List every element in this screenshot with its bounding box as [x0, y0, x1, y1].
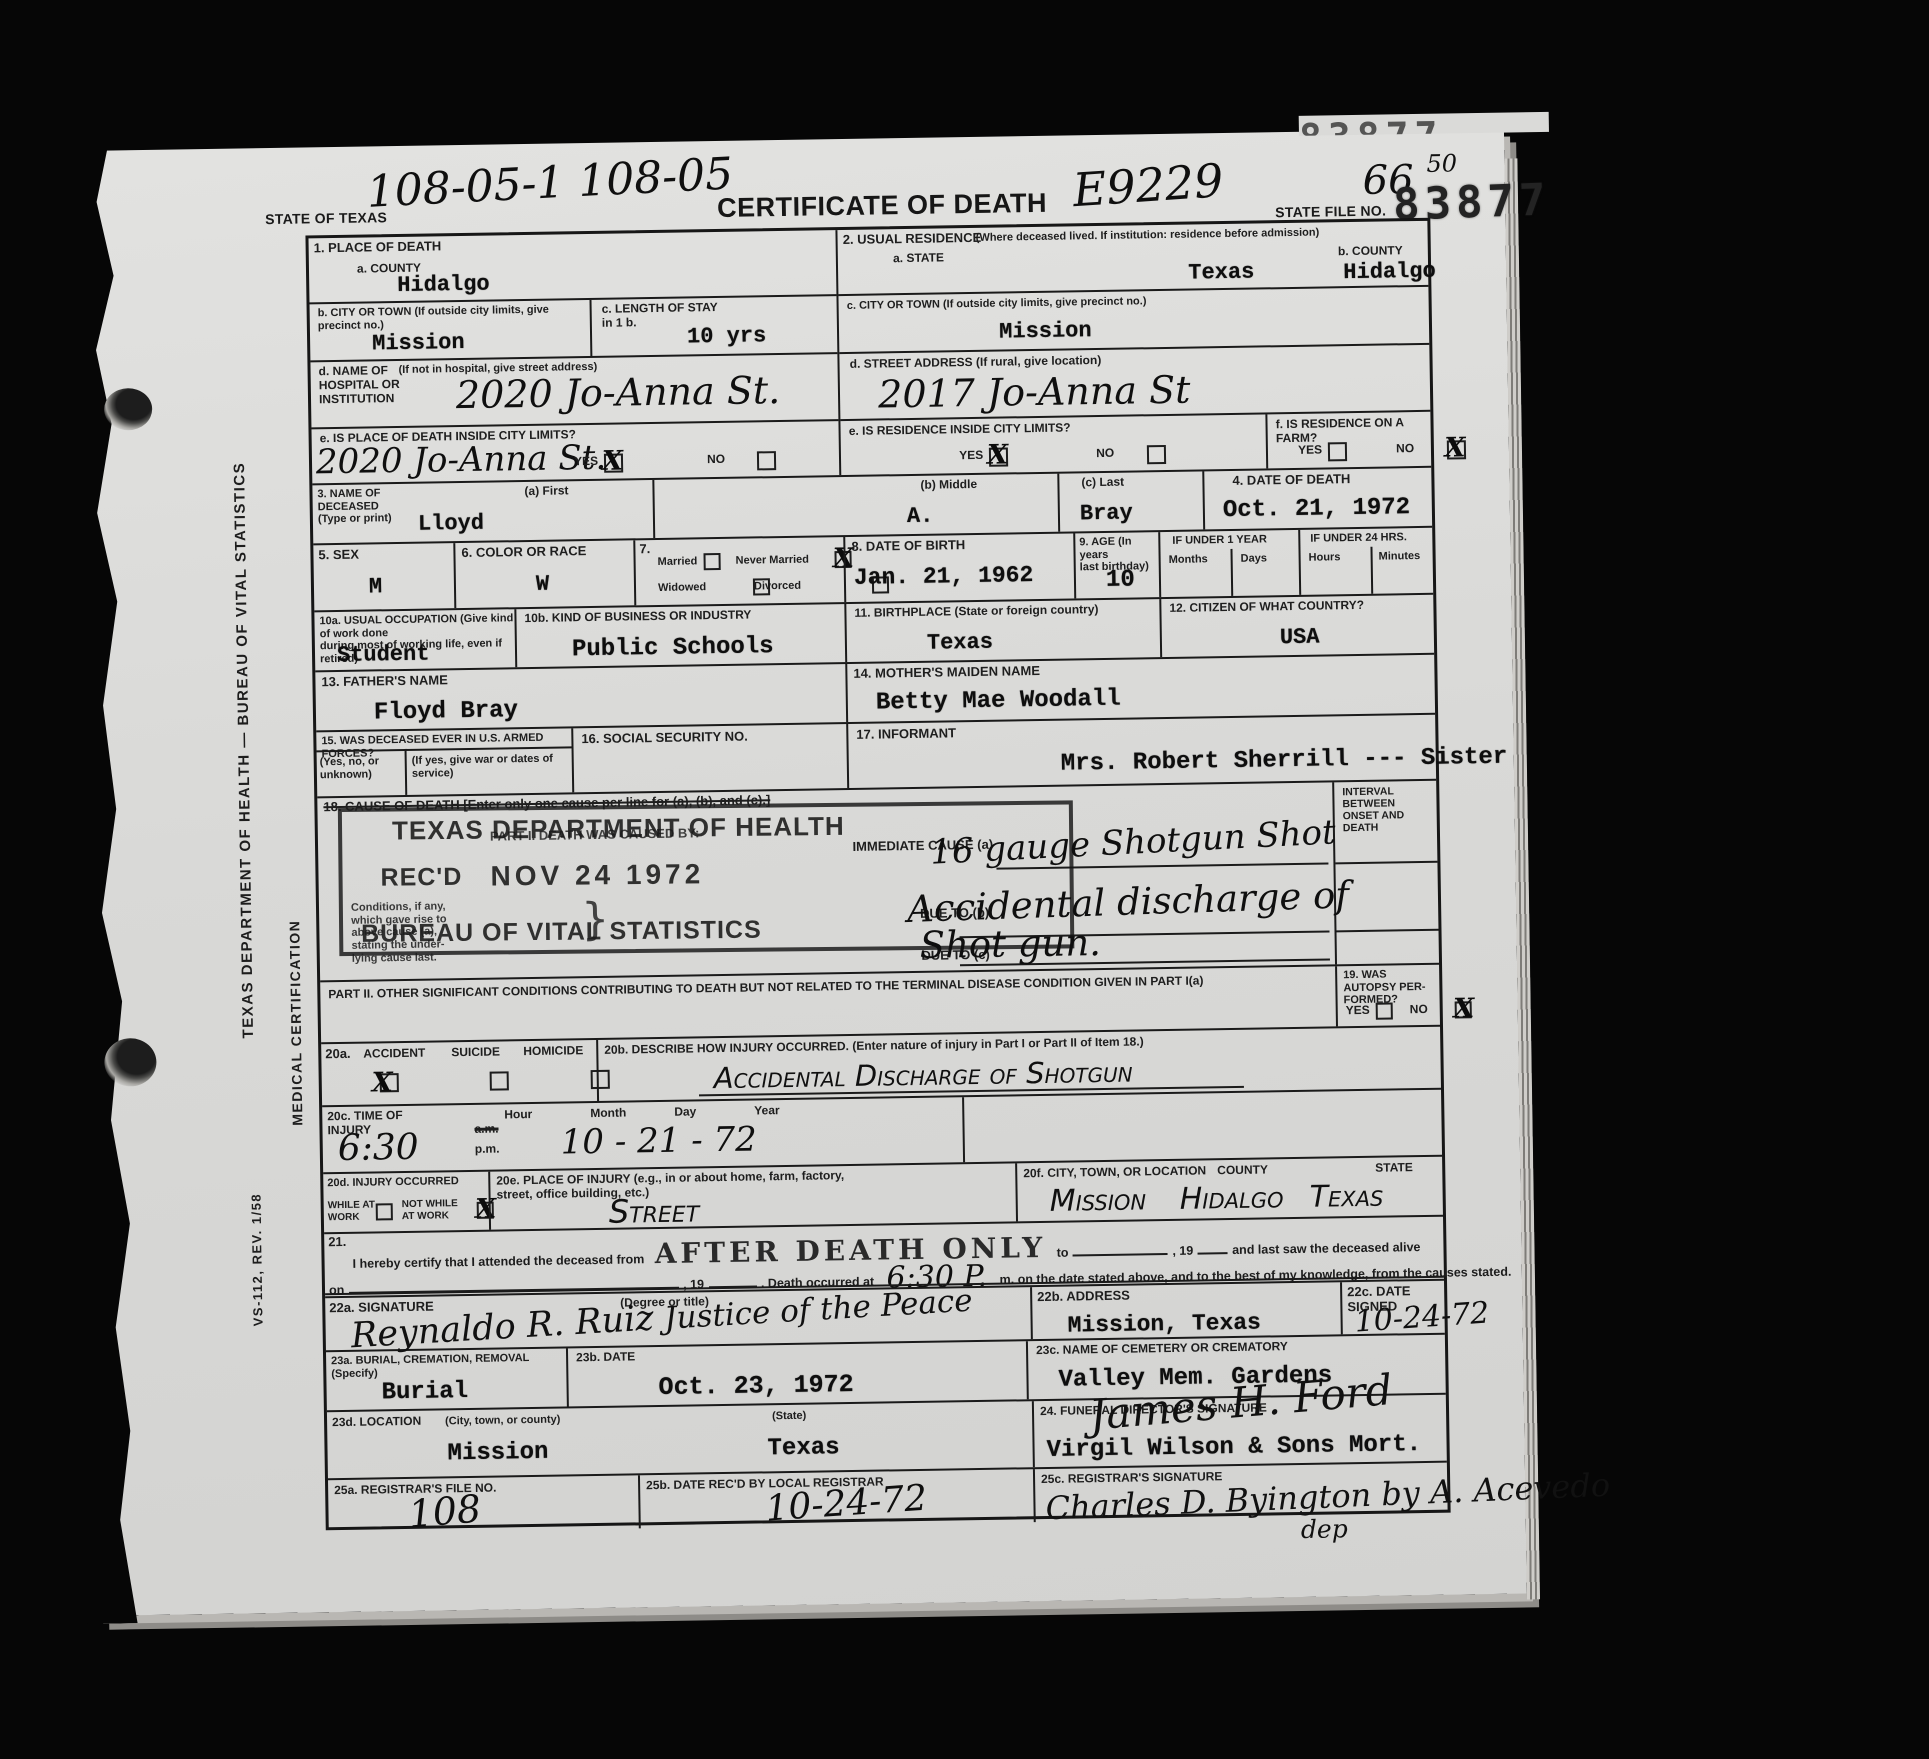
middle-name-label: (b) Middle — [920, 478, 977, 493]
residence-county-label: b. COUNTY — [1338, 244, 1403, 259]
residence-farm-cell: f. IS RESIDENCE ON A FARM? YES NO X — [1266, 412, 1432, 469]
sex-value: M — [369, 576, 383, 598]
x-mark: X — [602, 446, 623, 477]
length-of-stay-value: 10 yrs — [687, 325, 767, 348]
date-of-birth-label: 8. DATE OF BIRTH — [851, 538, 965, 555]
date-signed-value: 10-24-72 — [1354, 1299, 1491, 1338]
injury-city-value: Mission — [1049, 1185, 1146, 1217]
burial-value: Burial — [381, 1380, 468, 1405]
sex-cell: 5. SEX M — [313, 543, 454, 610]
blank-line — [1198, 1239, 1228, 1254]
business-label: 10b. KIND OF BUSINESS OR INDUSTRY — [524, 609, 751, 626]
pm-label: p.m. — [475, 1143, 500, 1157]
date-received-value: 10-24-72 — [764, 1481, 928, 1528]
marital-status-cell: 7. Married Never Married X Widowed Divor… — [633, 537, 844, 605]
days-label: Days — [1241, 552, 1267, 565]
business-value: Public Schools — [572, 635, 774, 662]
burial-city-value: Mission — [447, 1441, 548, 1467]
divider — [1370, 547, 1373, 594]
autopsy-yes-checkbox — [1376, 1003, 1393, 1020]
name-last-cell: (c) Last Bray — [1057, 471, 1203, 531]
birthplace-value: Texas — [927, 632, 993, 655]
certifier-address-cell: 22b. ADDRESS Mission, Texas — [1030, 1282, 1341, 1339]
injury-occurred-cell: 20d. INJURY OCCURRED WHILE AT WORK NOT W… — [323, 1172, 489, 1233]
burial-state-value: Texas — [767, 1436, 839, 1461]
farm-no-checkbox: X — [1446, 440, 1465, 459]
name-middle-cell: (b) Middle A. — [652, 474, 1058, 538]
res-no-label: NO — [1096, 447, 1114, 461]
date-received-cell: 25b. DATE REC'D BY LOCAL REGISTRAR 10-24… — [638, 1469, 1034, 1528]
accident-checkbox: X — [380, 1073, 399, 1092]
how-injury-value: Accidental Discharge of Shotgun — [714, 1058, 1133, 1094]
city-or-town-cell: b. CITY OR TOWN (If outside city limits,… — [310, 300, 591, 360]
farm-yes-checkbox — [1328, 442, 1347, 461]
date-of-death-label: 4. DATE OF DEATH — [1232, 472, 1350, 489]
punch-hole-top — [104, 388, 153, 431]
mother-name-label: 14. MOTHER'S MAIDEN NAME — [853, 664, 1040, 682]
length-of-stay-cell: c. LENGTH OF STAY in 1 b. 10 yrs — [589, 296, 837, 356]
pod-street-handwritten: 2020 Jo-Anna St. — [316, 441, 607, 480]
ssn-label: 16. SOCIAL SECURITY NO. — [581, 730, 748, 748]
place-of-death-label: 1. PLACE OF DEATH — [314, 239, 442, 256]
farm-yes-label: YES — [1298, 444, 1322, 458]
stamp-number-behind: 83877 — [1299, 112, 1549, 136]
receiving-stamp-date: NOV 24 1972 — [490, 858, 704, 892]
form-number-vertical-label: VS-112, REV. 1/58 — [248, 1146, 266, 1326]
street-address-value: 2017 Jo-Anna St — [878, 371, 1191, 414]
date-of-birth-cell: 8. DATE OF BIRTH Jan. 21, 1962 — [843, 533, 1074, 602]
x-mark: X — [1453, 993, 1474, 1024]
cause-c-value: Shot gun. — [919, 924, 1101, 964]
burial-location-cell: 23d. LOCATION (City, town, or county) (S… — [327, 1401, 1033, 1478]
res-yes-label: YES — [959, 449, 983, 463]
burial-location-sub2: (State) — [772, 1410, 806, 1423]
residence-city-label: c. CITY OR TOWN (If outside city limits,… — [847, 295, 1147, 312]
race-label: 6. COLOR OR RACE — [461, 544, 586, 561]
citizen-cell: 12. CITIZEN OF WHAT COUNTRY? USA — [1159, 595, 1434, 657]
ssn-cell: 16. SOCIAL SECURITY NO. — [571, 724, 847, 792]
while-at-work-label: WHILE AT WORK — [328, 1199, 376, 1223]
race-cell: 6. COLOR OR RACE W — [453, 540, 634, 608]
autopsy-no-checkbox: X — [1455, 1001, 1472, 1018]
marital-number-label: 7. — [639, 542, 650, 557]
autopsy-no-label: NO — [1410, 1003, 1428, 1017]
age-value: 10 — [1106, 568, 1135, 592]
certifier-signature-title: Justice of the Peace — [663, 1283, 973, 1337]
birthplace-cell: 11. BIRTHPLACE (State or foreign country… — [844, 599, 1160, 662]
certifier-address-value: Mission, Texas — [1067, 1312, 1261, 1338]
armed-forces-cell: 15. WAS DECEASED EVER IN U.S. ARMED FORC… — [316, 728, 572, 796]
injury-location-cell: 20f. CITY, TOWN, OR LOCATION COUNTY STAT… — [1015, 1157, 1443, 1222]
state-file-no-label: STATE FILE NO. — [1275, 202, 1386, 220]
medical-certification-vertical-label: MEDICAL CERTIFICATION — [284, 796, 305, 1126]
first-name-label: (a) First — [524, 484, 568, 498]
divider — [1230, 549, 1233, 596]
citizen-label: 12. CITIZEN OF WHAT COUNTRY? — [1169, 599, 1364, 616]
year-label: Year — [754, 1104, 780, 1118]
res-yes-checkbox: X — [989, 447, 1008, 466]
x-mark: X — [1444, 432, 1465, 463]
pod-no-checkbox — [757, 451, 776, 470]
cause-of-death-cell: 18. CAUSE OF DEATH [Enter only one cause… — [317, 782, 1335, 980]
accident-label: ACCIDENT — [363, 1047, 425, 1062]
manner-of-death-cell: 20a. ACCIDENT X SUICIDE HOMICIDE — [321, 1040, 597, 1105]
informant-value: Mrs. Robert Sherrill --- Sister — [1061, 746, 1508, 777]
injury-occurred-label: 20d. INJURY OCCURRED — [327, 1175, 459, 1190]
handwritten-file-superscript: 50 — [1426, 151, 1457, 175]
birthplace-label: 11. BIRTHPLACE (State or foreign country… — [854, 603, 1098, 621]
informant-label: 17. INFORMANT — [856, 726, 956, 743]
autopsy-yes-label: YES — [1346, 1004, 1370, 1018]
part2-label: PART II. OTHER SIGNIFICANT CONDITIONS CO… — [328, 973, 1318, 1002]
department-vertical-label: TEXAS DEPARTMENT OF HEALTH — BUREAU OF V… — [229, 338, 257, 1038]
burial-cell: 23a. BURIAL, CREMATION, REMOVAL (Specify… — [326, 1349, 567, 1411]
occupation-value: Student — [337, 644, 430, 667]
hour-label: Hour — [504, 1108, 532, 1122]
mother-cell: 14. MOTHER'S MAIDEN NAME Betty Mae Wooda… — [845, 655, 1435, 722]
widowed-label: Widowed — [658, 581, 706, 594]
registrar-signature-cell: 25c. REGISTRAR'S SIGNATURE Charles D. By… — [1033, 1463, 1448, 1522]
torn-left-edge — [64, 142, 159, 1624]
injury-state-value: Texas — [1309, 1182, 1383, 1213]
date-of-injury-value: 10 - 21 - 72 — [560, 1122, 757, 1159]
handwritten-file-prefix: E9229 — [1071, 157, 1224, 213]
while-at-work-checkbox — [376, 1203, 393, 1220]
res-no-checkbox — [1146, 445, 1165, 464]
usual-residence-paren: (Where deceased lived. If institution: r… — [976, 227, 1320, 245]
burial-date-value: Oct. 23, 1972 — [658, 1372, 853, 1400]
citizen-value: USA — [1280, 627, 1320, 650]
usual-residence-label: 2. USUAL RESIDENCE — [843, 231, 982, 248]
armed-forces-sub2: (If yes, give war or dates of service) — [412, 752, 567, 780]
blank-line — [1073, 1240, 1168, 1256]
sheet-behind-tab: 83877 — [1299, 112, 1549, 136]
divorced-label: Divorced — [754, 580, 801, 593]
father-name-label: 13. FATHER'S NAME — [321, 673, 448, 690]
page-stack-edge — [1504, 158, 1540, 1599]
last-name-value: Bray — [1080, 502, 1133, 525]
certificate-sheet: 83877 STATE OF TEXAS 108-05-1 108-05 CER… — [74, 129, 1527, 1616]
city-or-town-value: Mission — [372, 332, 465, 355]
burial-label: 23a. BURIAL, CREMATION, REMOVAL (Specify… — [331, 1352, 561, 1381]
informant-cell: 17. INFORMANT Mrs. Robert Sherrill --- S… — [846, 715, 1436, 788]
place-of-injury-cell: 20e. PLACE OF INJURY (e.g., in or about … — [488, 1163, 1016, 1229]
age-cell: 9. AGE (In years last birthday) 10 — [1073, 532, 1159, 598]
date-signed-cell: 22c. DATE SIGNED 10-24-72 — [1340, 1281, 1445, 1335]
hospital-name-label3: INSTITUTION — [319, 392, 395, 407]
residence-city-limits-label: e. IS RESIDENCE INSIDE CITY LIMITS? — [849, 421, 1071, 438]
interval-line-a — [1335, 861, 1437, 865]
registrar-signature-deputy: dep — [1301, 1516, 1348, 1542]
manner-number-label: 20a. — [325, 1047, 351, 1062]
conditions-note: Conditions, if any, which gave rise to a… — [351, 900, 447, 965]
registrar-file-value: 108 — [407, 1489, 483, 1533]
cemetery-label: 23c. NAME OF CEMETERY OR CREMATORY — [1036, 1340, 1288, 1358]
last-name-label: (c) Last — [1081, 476, 1124, 490]
father-name-value: Floyd Bray — [374, 699, 518, 725]
certificate-title: CERTIFICATE OF DEATH — [717, 188, 1047, 224]
sex-label: 5. SEX — [318, 548, 359, 564]
day-label: Day — [674, 1105, 696, 1119]
injury-city-label: 20f. CITY, TOWN, OR LOCATION — [1023, 1164, 1206, 1181]
certification-number: 21. — [328, 1235, 346, 1250]
registrar-file-cell: 25a. REGISTRAR'S FILE NO. 108 — [328, 1475, 639, 1533]
x-mark: X — [372, 1067, 393, 1098]
pod-yes-checkbox: X — [604, 453, 623, 472]
not-while-at-work-label: NOT WHILE AT WORK — [402, 1198, 458, 1222]
occupation-cell: 10a. USUAL OCCUPATION (Give kind of work… — [314, 609, 515, 670]
how-injury-label: 20b. DESCRIBE HOW INJURY OCCURRED. (Ente… — [604, 1035, 1144, 1057]
death-certificate-form: 1. PLACE OF DEATH a. COUNTY Hidalgo b. C… — [305, 218, 1450, 1531]
handwritten-batch-numbers: 108-05-1 108-05 — [366, 152, 734, 214]
suicide-checkbox — [490, 1071, 509, 1090]
interval-label: INTERVAL BETWEEN ONSET AND DEATH — [1342, 785, 1437, 835]
father-cell: 13. FATHER'S NAME Floyd Bray — [315, 664, 846, 730]
autopsy-cell: 19. WAS AUTOPSY PER- FORMED? YES NO X — [1335, 965, 1440, 1027]
time-of-injury-cell: 20c. TIME OF INJURY Hour Month Day Year … — [322, 1097, 963, 1172]
farm-no-label: NO — [1396, 442, 1414, 456]
hours-label: Hours — [1309, 551, 1341, 564]
time-of-injury-value: 6:30 — [338, 1130, 419, 1167]
date-of-birth-value: Jan. 21, 1962 — [854, 564, 1034, 590]
burial-location-sub1: (City, town, or county) — [445, 1414, 560, 1428]
length-of-stay-label: c. LENGTH OF STAY — [602, 301, 718, 317]
married-label: Married — [658, 555, 698, 568]
usual-residence-block: 2. USUAL RESIDENCE (Where deceased lived… — [836, 221, 1432, 475]
place-of-death-block: 1. PLACE OF DEATH a. COUNTY Hidalgo b. C… — [308, 230, 839, 483]
injury-state-label: STATE — [1375, 1161, 1413, 1175]
under-24hrs-cell: IF UNDER 24 HRS. Hours Minutes — [1298, 528, 1433, 595]
hospital-name-value: 2020 Jo-Anna St. — [456, 371, 781, 414]
months-label: Months — [1169, 553, 1208, 566]
interval-line-b — [1336, 929, 1438, 933]
married-checkbox — [703, 553, 720, 570]
never-married-label: Never Married — [736, 554, 810, 568]
homicide-label: HOMICIDE — [523, 1044, 583, 1059]
x-mark: X — [987, 439, 1008, 470]
name-first-cell: 3. NAME OF DECEASED (Type or print) (a) … — [312, 480, 653, 543]
pod-yes-label: YES — [574, 455, 598, 469]
receiving-stamp-recd: REC'D — [380, 863, 462, 893]
pod-no-label: NO — [707, 453, 725, 467]
suicide-label: SUICIDE — [451, 1046, 500, 1061]
funeral-director-cell: 24. FUNERAL DIRECTOR'S SIGNATURE Virgil … — [1032, 1395, 1447, 1467]
burial-date-cell: 23b. DATE Oct. 23, 1972 — [566, 1341, 1027, 1406]
month-label: Month — [590, 1107, 626, 1121]
armed-forces-sub1: (Yes, no, or unknown) — [320, 755, 402, 782]
injury-county-label: COUNTY — [1217, 1163, 1268, 1178]
am-label-struck: a.m. — [474, 1123, 498, 1137]
how-injury-continuation-cell — [962, 1090, 1442, 1163]
length-of-stay-sublabel: in 1 b. — [602, 316, 637, 330]
punch-hole-bottom — [104, 1038, 157, 1087]
residence-city-limits-cell: e. IS RESIDENCE INSIDE CITY LIMITS? YES … — [841, 414, 1267, 475]
middle-name-value: A. — [907, 506, 934, 528]
residence-county-value: Hidalgo — [1343, 261, 1436, 284]
name-of-deceased-label: 3. NAME OF DECEASED (Type or print) — [317, 487, 391, 526]
county-value: Hidalgo — [397, 274, 490, 297]
race-value: W — [536, 574, 550, 596]
business-cell: 10b. KIND OF BUSINESS OR INDUSTRY Public… — [514, 604, 845, 667]
place-of-injury-value: Street — [609, 1194, 700, 1227]
under-24hrs-label: IF UNDER 24 HRS. — [1310, 531, 1407, 545]
certifier-address-label: 22b. ADDRESS — [1037, 1289, 1130, 1305]
burial-date-label: 23b. DATE — [576, 1350, 635, 1365]
under-one-year-cell: IF UNDER 1 YEAR Months Days — [1158, 530, 1299, 597]
injury-county-value: Hidalgo — [1179, 1183, 1283, 1215]
date-of-death-value: Oct. 21, 1972 — [1223, 496, 1411, 523]
under-one-year-label: IF UNDER 1 YEAR — [1172, 533, 1267, 547]
city-or-town-label: b. CITY OR TOWN (If outside city limits,… — [318, 303, 583, 332]
residence-city-value: Mission — [999, 320, 1092, 343]
burial-location-label: 23d. LOCATION — [332, 1415, 421, 1430]
mother-name-value: Betty Mae Woodall — [876, 688, 1121, 716]
brace-glyph: } — [581, 894, 610, 945]
first-name-value: Lloyd — [418, 513, 484, 536]
residence-state-value: Texas — [1188, 262, 1254, 285]
minutes-label: Minutes — [1379, 550, 1421, 563]
date-of-death-cell: 4. DATE OF DEATH Oct. 21, 1972 — [1202, 468, 1432, 530]
residence-state-label: a. STATE — [893, 251, 944, 266]
